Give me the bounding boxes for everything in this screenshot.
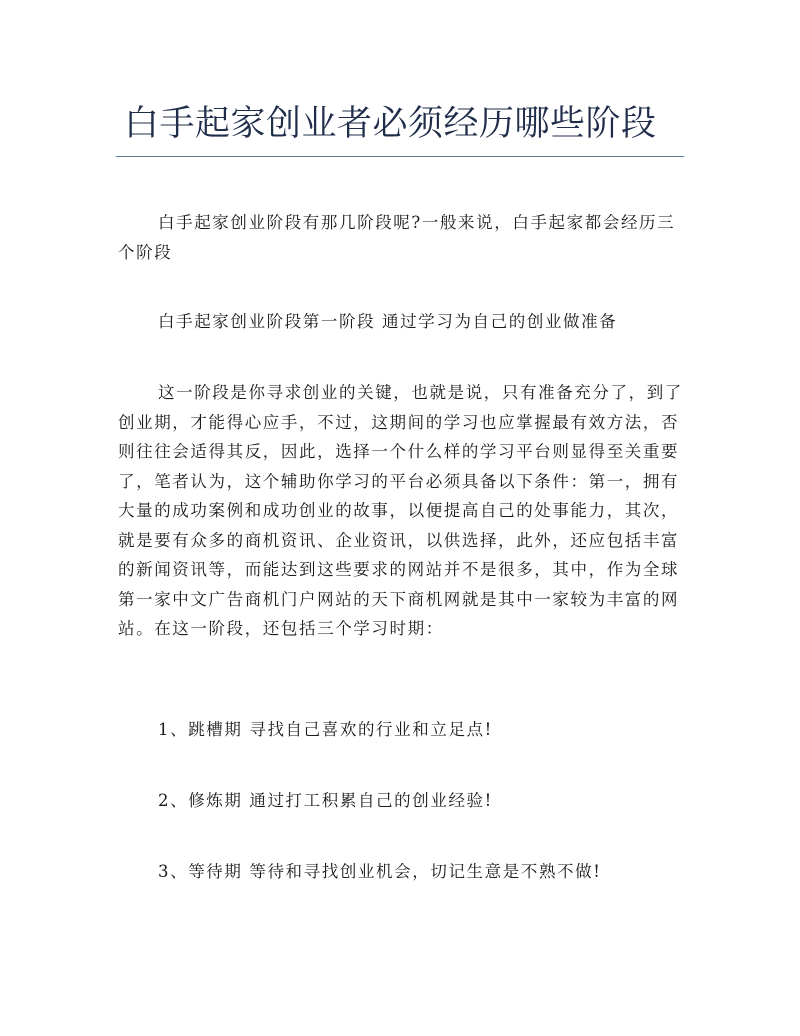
list-item-waiting: 3、等待期 等待和寻找创业机会，切记生意是不熟不做! <box>158 857 678 887</box>
stage-one-description: 这一阶段是你寻求创业的关键，也就是说，只有准备充分了，到了创业期，才能得心应手，… <box>118 378 684 644</box>
list-item-job-hopping: 1、跳槽期 寻找自己喜欢的行业和立足点! <box>158 715 678 745</box>
document-title: 白手起家创业者必须经历哪些阶段 <box>124 98 657 150</box>
title-divider <box>116 156 684 157</box>
list-item-cultivation: 2、修炼期 通过打工积累自己的创业经验! <box>158 786 678 816</box>
document-page: 白手起家创业者必须经历哪些阶段 白手起家创业阶段有那几阶段呢?一般来说，白手起家… <box>0 0 800 1036</box>
stage-one-heading: 白手起家创业阶段第一阶段 通过学习为自己的创业做准备 <box>118 307 684 337</box>
intro-paragraph: 白手起家创业阶段有那几阶段呢?一般来说，白手起家都会经历三个阶段 <box>118 208 684 267</box>
